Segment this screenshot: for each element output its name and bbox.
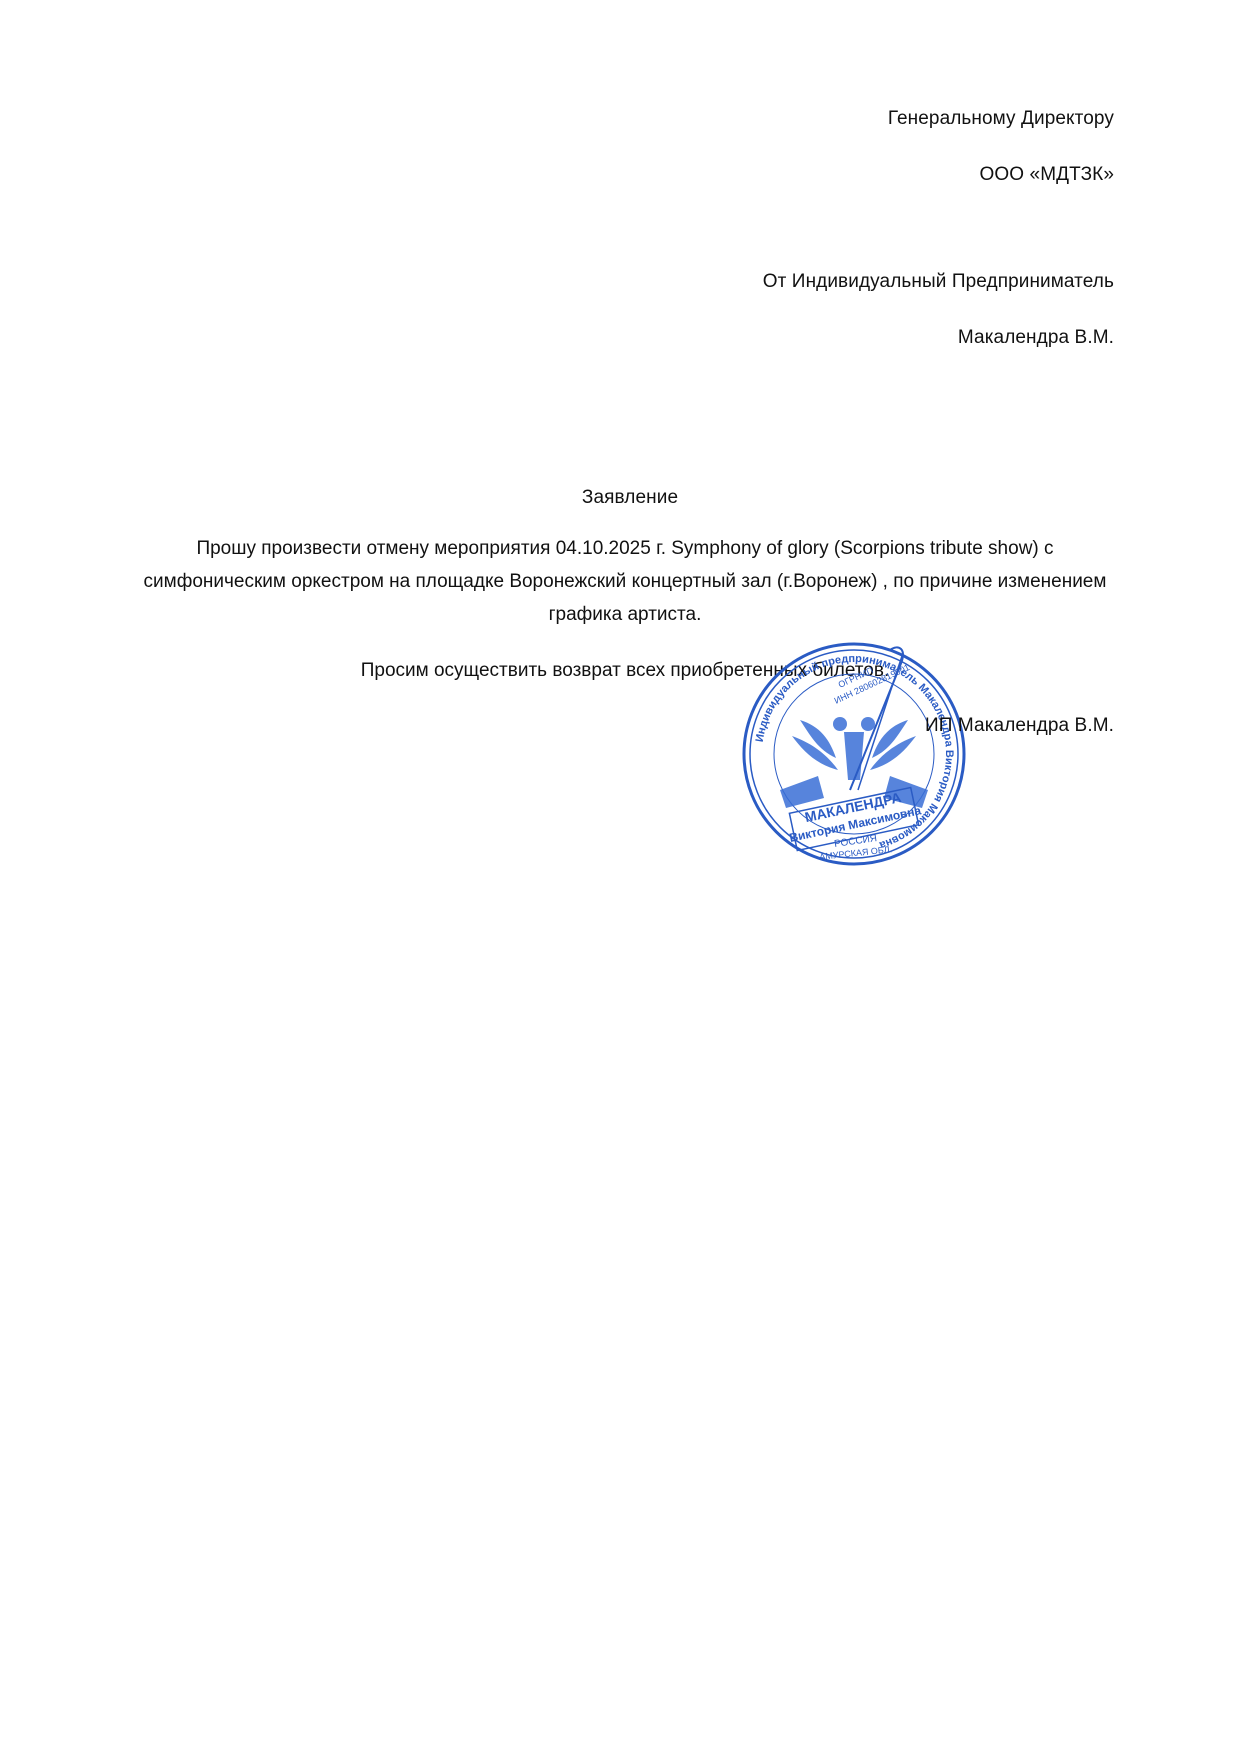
document-page: Генеральному Директору ООО «МДТЗК» От Ин… — [0, 0, 1240, 1755]
addressee-to-line-1: Генеральному Директору — [888, 108, 1114, 130]
stamp-eagle-icon — [780, 717, 928, 808]
company-stamp: Индивидуальный предприниматель Макалендр… — [740, 640, 968, 868]
stamp-seal-icon: Индивидуальный предприниматель Макалендр… — [740, 640, 968, 868]
addressee-to-line-2: ООО «МДТЗК» — [980, 164, 1114, 186]
signature-line: ИП Макалендра В.М. — [925, 715, 1114, 737]
body-paragraph-1: Прошу произвести отмену мероприятия 04.1… — [130, 532, 1120, 631]
sender-line-2: Макалендра В.М. — [958, 327, 1114, 349]
document-title: Заявление — [0, 487, 1240, 509]
sender-line-1: От Индивидуальный Предприниматель — [763, 271, 1114, 293]
body-paragraph-2: Просим осуществить возврат всех приобрет… — [0, 654, 1240, 687]
